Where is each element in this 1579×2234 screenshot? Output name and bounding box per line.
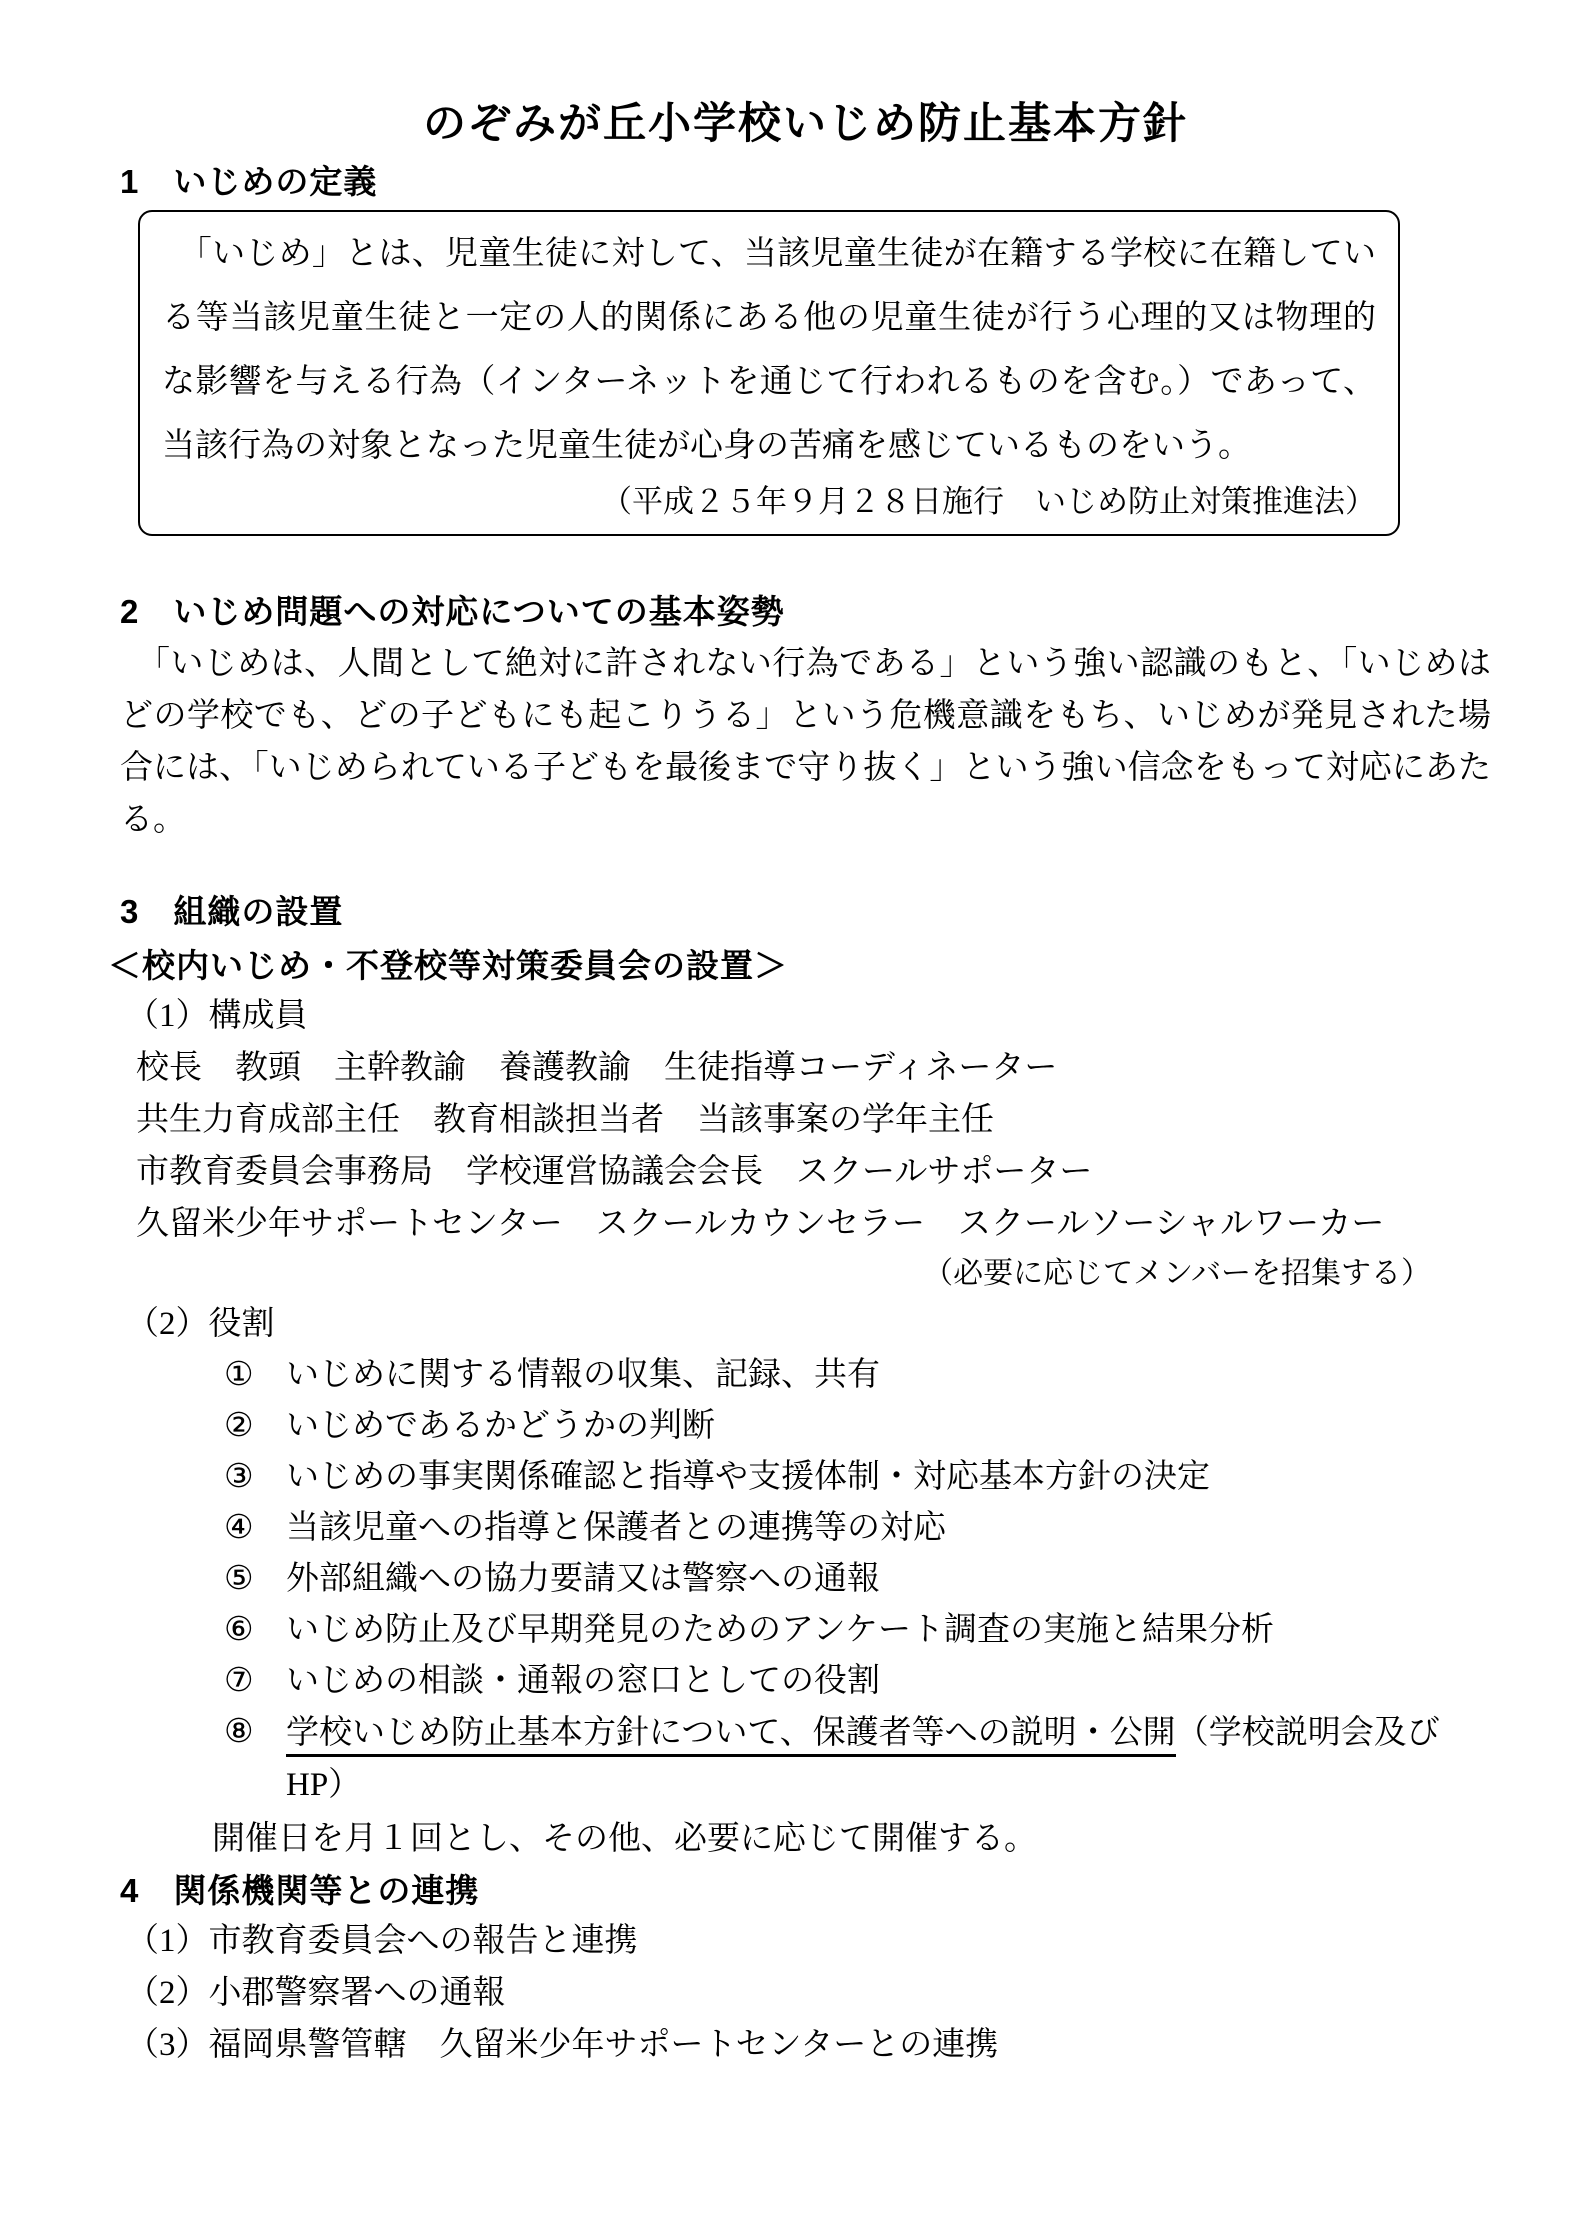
member-line: 共生力育成部主任 教育相談担当者 当該事案の学年主任 <box>136 1094 1491 1146</box>
role-text: いじめの相談・通報の窓口としての役割 <box>286 1656 1491 1707</box>
section1-heading: 1 いじめの定義 <box>120 158 1491 206</box>
section-definition: 1 いじめの定義 「いじめ」とは、児童生徒に対して、当該児童生徒が在籍する学校に… <box>120 158 1491 536</box>
role-number: ① <box>224 1350 286 1401</box>
definition-box: 「いじめ」とは、児童生徒に対して、当該児童生徒が在籍する学校に在籍している等当該… <box>138 210 1400 536</box>
role-item: ② いじめであるかどうかの判断 <box>224 1401 1491 1452</box>
member-line: 校長 教頭 主幹教諭 養護教諭 生徒指導コーディネーター <box>136 1042 1491 1094</box>
roles-list: ① いじめに関する情報の収集、記録、共有 ② いじめであるかどうかの判断 ③ い… <box>224 1350 1491 1811</box>
role-item: ① いじめに関する情報の収集、記録、共有 <box>224 1350 1491 1401</box>
role-text-rest: （学校説明会及び <box>1176 1715 1440 1751</box>
role-text-continuation: HP） <box>286 1767 361 1803</box>
role-text-underlined: 学校いじめ防止基本方針について、保護者等への説明・公開 <box>286 1715 1176 1757</box>
document-page: のぞみが丘小学校いじめ防止基本方針 1 いじめの定義 「いじめ」とは、児童生徒に… <box>0 0 1579 2234</box>
role-text: 学校いじめ防止基本方針について、保護者等への説明・公開（学校説明会及びHP） <box>286 1707 1491 1811</box>
page-title: のぞみが丘小学校いじめ防止基本方針 <box>120 96 1491 152</box>
role-number: ⑥ <box>224 1605 286 1656</box>
section2-heading: 2 いじめ問題への対応についての基本姿勢 <box>120 588 1491 636</box>
role-number: ⑧ <box>224 1707 286 1811</box>
committee-subheading: ＜校内いじめ・不登校等対策委員会の設置＞ <box>108 942 1491 990</box>
liaison-item: （3）福岡県警管轄 久留米少年サポートセンターとの連携 <box>126 2019 1491 2071</box>
section-liaison: 4 関係機関等との連携 （1）市教育委員会への報告と連携 （2）小郡警察署への通… <box>120 1867 1491 2071</box>
role-number: ⑤ <box>224 1554 286 1605</box>
role-number: ⑦ <box>224 1656 286 1707</box>
members-label: （1）構成員 <box>126 990 1491 1042</box>
role-number: ④ <box>224 1503 286 1554</box>
role-text: 外部組織への協力要請又は警察への通報 <box>286 1554 1491 1605</box>
definition-citation: （平成２５年９月２８日施行 いじめ防止対策推進法） <box>162 478 1376 526</box>
role-number: ② <box>224 1401 286 1452</box>
role-text: いじめに関する情報の収集、記録、共有 <box>286 1350 1491 1401</box>
role-text: いじめの事実関係確認と指導や支援体制・対応基本方針の決定 <box>286 1452 1491 1503</box>
role-text: 当該児童への指導と保護者との連携等の対応 <box>286 1503 1491 1554</box>
section3-heading: 3 組織の設置 <box>120 888 1491 936</box>
liaison-item: （1）市教育委員会への報告と連携 <box>126 1915 1491 1967</box>
role-item: ⑦ いじめの相談・通報の窓口としての役割 <box>224 1656 1491 1707</box>
section2-body: 「いじめは、人間として絶対に許されない行為である」という強い認識のもと、「いじめ… <box>120 638 1491 846</box>
members-note: （必要に応じてメンバーを招集する） <box>120 1250 1431 1298</box>
member-line: 久留米少年サポートセンター スクールカウンセラー スクールソーシャルワーカー <box>136 1198 1491 1250</box>
role-text: いじめ防止及び早期発見のためのアンケート調査の実施と結果分析 <box>286 1605 1491 1656</box>
roles-label: （2）役割 <box>126 1298 1491 1350</box>
section-basic-stance: 2 いじめ問題への対応についての基本姿勢 「いじめは、人間として絶対に許されない… <box>120 588 1491 846</box>
role-item: ⑧ 学校いじめ防止基本方針について、保護者等への説明・公開（学校説明会及びHP） <box>224 1707 1491 1811</box>
section4-heading: 4 関係機関等との連携 <box>120 1867 1491 1915</box>
role-number: ③ <box>224 1452 286 1503</box>
role-item: ④ 当該児童への指導と保護者との連携等の対応 <box>224 1503 1491 1554</box>
roles-footer: 開催日を月１回とし、その他、必要に応じて開催する。 <box>212 1813 1491 1865</box>
member-line: 市教育委員会事務局 学校運営協議会会長 スクールサポーター <box>136 1146 1491 1198</box>
section-organization: 3 組織の設置 ＜校内いじめ・不登校等対策委員会の設置＞ （1）構成員 校長 教… <box>120 888 1491 1865</box>
role-item: ③ いじめの事実関係確認と指導や支援体制・対応基本方針の決定 <box>224 1452 1491 1503</box>
role-item: ⑤ 外部組織への協力要請又は警察への通報 <box>224 1554 1491 1605</box>
role-item: ⑥ いじめ防止及び早期発見のためのアンケート調査の実施と結果分析 <box>224 1605 1491 1656</box>
definition-text: 「いじめ」とは、児童生徒に対して、当該児童生徒が在籍する学校に在籍している等当該… <box>162 222 1376 478</box>
liaison-item: （2）小郡警察署への通報 <box>126 1967 1491 2019</box>
role-text: いじめであるかどうかの判断 <box>286 1401 1491 1452</box>
